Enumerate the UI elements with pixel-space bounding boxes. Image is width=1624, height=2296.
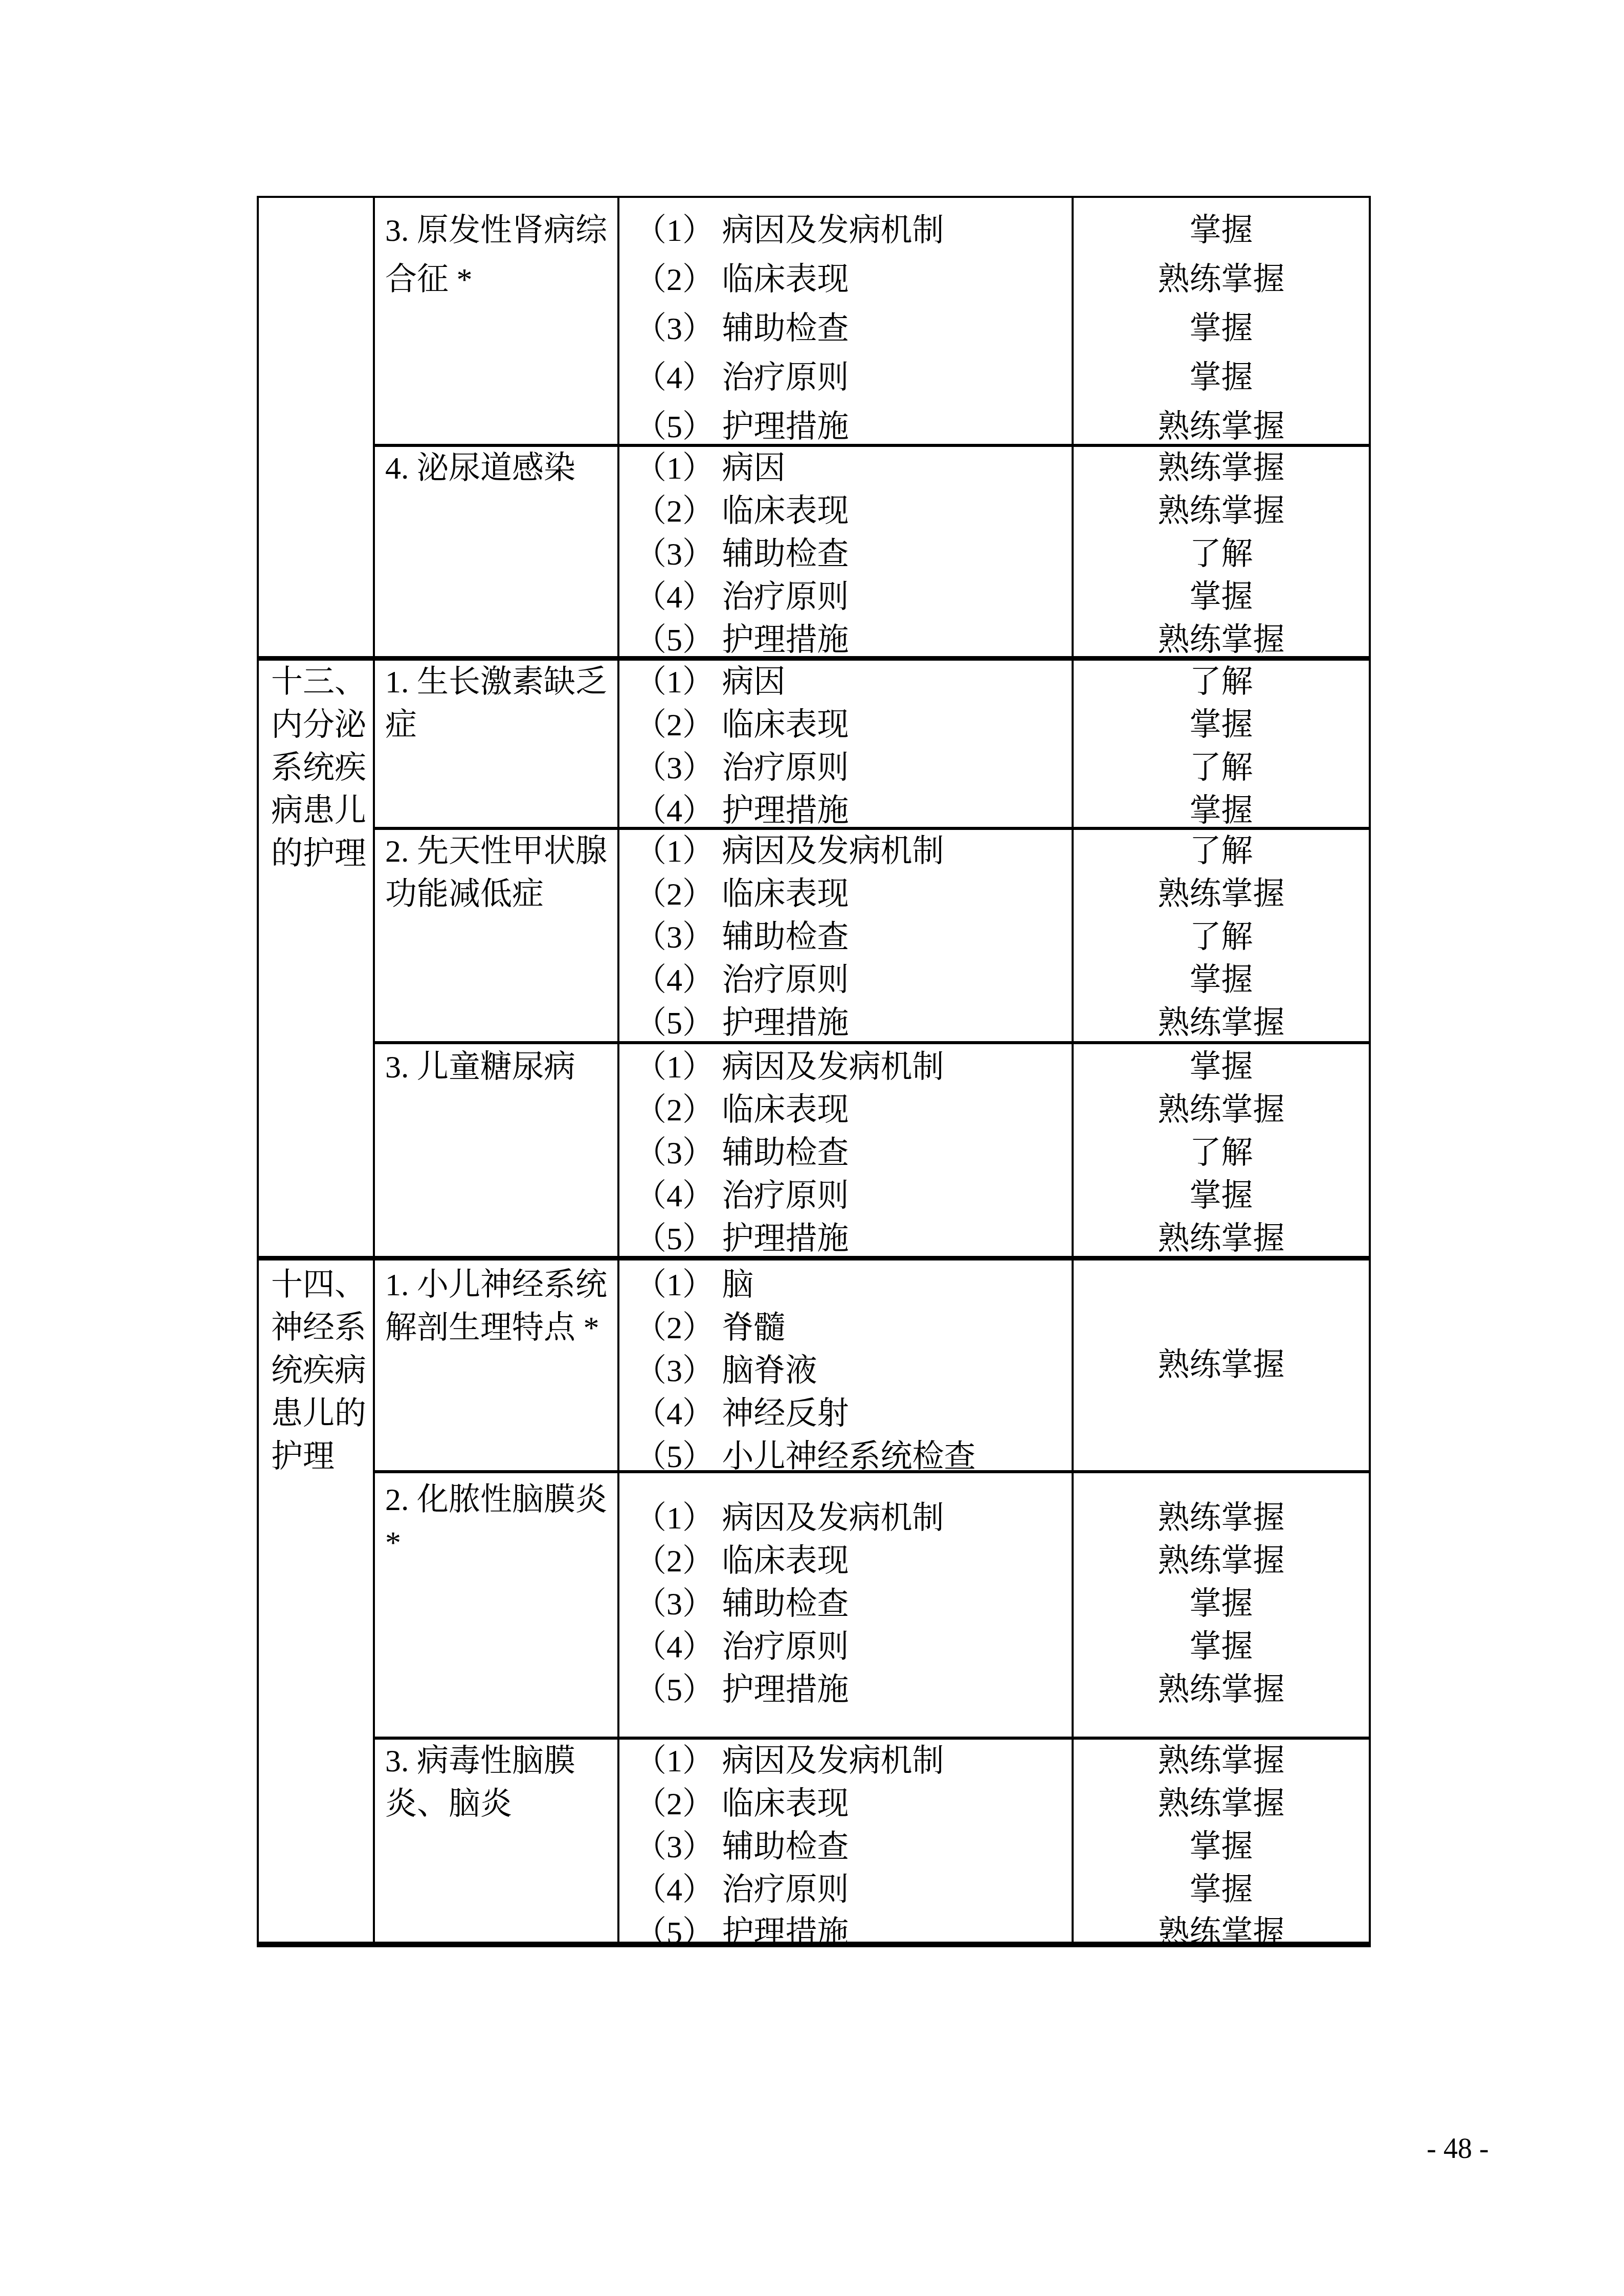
level-value: 熟练掌握 [1074, 1669, 1369, 1712]
sub-item-text: （3） 脑脊液 [635, 1349, 1072, 1392]
sub-item-text: （5） 护理措施 [635, 1218, 1072, 1260]
sub-item-text: （3） 辅助检查 [635, 304, 1072, 353]
level-value: 了解 [1074, 661, 1369, 704]
level-value: 熟练掌握 [1074, 1783, 1369, 1826]
levels-cell: 熟练掌握熟练掌握掌握掌握熟练掌握 [1074, 1740, 1369, 1942]
sub-item-text: （4） 治疗原则 [635, 1175, 1072, 1218]
level-value: 了解 [1074, 916, 1369, 959]
level-value: 熟练掌握 [1074, 1540, 1369, 1583]
level-value: 掌握 [1074, 704, 1369, 747]
subitems-cell: （1） 病因及发病机制（2） 临床表现（3） 辅助检查（4） 治疗原则（5） 护… [619, 198, 1072, 444]
merged-level-cell: 熟练掌握 [1074, 1260, 1369, 1470]
topic-cell: 3. 儿童糖尿病 [375, 1046, 617, 1256]
level-value: 熟练掌握 [1074, 1740, 1369, 1783]
sub-item-text: （2） 临床表现 [635, 255, 1072, 304]
sub-item-text: （5） 护理措施 [635, 1669, 1072, 1712]
levels-cell: 了解熟练掌握了解掌握熟练掌握 [1074, 830, 1369, 1041]
levels-cell: 掌握熟练掌握掌握掌握熟练掌握 [1074, 198, 1369, 444]
levels-cell: 熟练掌握熟练掌握了解掌握熟练掌握 [1074, 447, 1369, 656]
level-value: 掌握 [1074, 959, 1369, 1002]
level-value: 掌握 [1074, 1175, 1369, 1218]
sub-item-text: （4） 治疗原则 [635, 1869, 1072, 1911]
sub-item-text: （5） 护理措施 [635, 619, 1072, 662]
level-value: 熟练掌握 [1074, 402, 1369, 452]
subitems-cell: （1） 病因（2） 临床表现（3） 辅助检查（4） 治疗原则（5） 护理措施 [619, 447, 1072, 656]
level-value: 掌握 [1074, 576, 1369, 619]
document-page: 十三、内分泌系统疾病患儿的护理 十四、神经系统疾病患儿的护理 3. 原发性肾病综… [0, 0, 1624, 2296]
subitems-cell: （1） 病因及发病机制（2） 临床表现（3） 辅助检查（4） 治疗原则（5） 护… [619, 830, 1072, 1041]
subitems-cell: （1） 脑（2） 脊髓（3） 脑脊液（4） 神经反射（5） 小儿神经系统检查 [619, 1260, 1072, 1470]
level-value: 熟练掌握 [1074, 490, 1369, 533]
topic-cell: 2. 化脓性脑膜炎 * [375, 1473, 617, 1737]
level-value: 掌握 [1074, 1826, 1369, 1869]
level-value: 熟练掌握 [1074, 1218, 1369, 1260]
sub-item-text: （1） 病因及发病机制 [635, 1046, 1072, 1089]
category-cell-continued [259, 198, 373, 656]
level-value: 掌握 [1074, 353, 1369, 402]
sub-item-text: （4） 神经反射 [635, 1392, 1072, 1435]
level-value: 掌握 [1074, 206, 1369, 255]
sub-item-text: （1） 病因及发病机制 [635, 830, 1072, 873]
level-value: 熟练掌握 [1074, 255, 1369, 304]
levels-cell: 了解掌握了解掌握 [1074, 661, 1369, 827]
sub-item-text: （1） 脑 [635, 1264, 1072, 1307]
sub-item-text: （3） 辅助检查 [635, 1583, 1072, 1626]
sub-item-text: （5） 护理措施 [635, 1911, 1072, 1954]
subitems-cell: （1） 病因及发病机制（2） 临床表现（3） 辅助检查（4） 治疗原则（5） 护… [619, 1473, 1072, 1737]
subitems-cell: （1） 病因及发病机制（2） 临床表现（3） 辅助检查（4） 治疗原则（5） 护… [619, 1046, 1072, 1256]
category-cell-nervous: 十四、神经系统疾病患儿的护理 [259, 1260, 373, 1942]
topic-cell: 1. 生长激素缺乏症 [375, 661, 617, 827]
level-value: 熟练掌握 [1074, 619, 1369, 662]
sub-item-text: （2） 临床表现 [635, 1783, 1072, 1826]
sub-item-text: （1） 病因 [635, 661, 1072, 704]
levels-cell: 掌握熟练掌握了解掌握熟练掌握 [1074, 1046, 1369, 1256]
page-number: - 48 - [1381, 2133, 1534, 2164]
sub-item-text: （2） 临床表现 [635, 873, 1072, 916]
level-value: 熟练掌握 [1074, 1089, 1369, 1132]
topic-cell: 3. 原发性肾病综合征 * [375, 198, 617, 444]
level-value: 熟练掌握 [1074, 447, 1369, 490]
topic-cell: 3. 病毒性脑膜炎、脑炎 [375, 1740, 617, 1942]
sub-item-text: （4） 治疗原则 [635, 576, 1072, 619]
level-value: 掌握 [1074, 1046, 1369, 1089]
level-value: 掌握 [1074, 1626, 1369, 1669]
curriculum-table: 十三、内分泌系统疾病患儿的护理 十四、神经系统疾病患儿的护理 3. 原发性肾病综… [257, 196, 1371, 1947]
sub-item-text: （4） 护理措施 [635, 790, 1072, 832]
level-value: 掌握 [1074, 304, 1369, 353]
level-value: 了解 [1074, 1132, 1369, 1175]
sub-item-text: （4） 治疗原则 [635, 959, 1072, 1002]
sub-item-text: （1） 病因 [635, 447, 1072, 490]
sub-item-text: （3） 辅助检查 [635, 1826, 1072, 1869]
level-value: 了解 [1074, 533, 1369, 576]
sub-item-text: （5） 护理措施 [635, 402, 1072, 452]
level-value: 熟练掌握 [1074, 1002, 1369, 1045]
sub-item-text: （2） 临床表现 [635, 704, 1072, 747]
sub-item-text: （2） 临床表现 [635, 490, 1072, 533]
sub-item-text: （1） 病因及发病机制 [635, 206, 1072, 255]
level-value: 了解 [1074, 830, 1369, 873]
levels-cell: 熟练掌握熟练掌握掌握掌握熟练掌握 [1074, 1473, 1369, 1737]
sub-item-text: （5） 小儿神经系统检查 [635, 1435, 1072, 1478]
sub-item-text: （2） 脊髓 [635, 1307, 1072, 1349]
topic-cell: 1. 小儿神经系统解剖生理特点 * [375, 1260, 617, 1470]
sub-item-text: （5） 护理措施 [635, 1002, 1072, 1045]
sub-item-text: （1） 病因及发病机制 [635, 1740, 1072, 1783]
sub-item-text: （2） 临床表现 [635, 1540, 1072, 1583]
level-value: 熟练掌握 [1074, 1911, 1369, 1954]
category-cell-endocrine: 十三、内分泌系统疾病患儿的护理 [259, 661, 373, 1256]
subitems-cell: （1） 病因（2） 临床表现（3） 治疗原则（4） 护理措施 [619, 661, 1072, 827]
sub-item-text: （4） 治疗原则 [635, 1626, 1072, 1669]
level-value: 了解 [1074, 747, 1369, 790]
sub-item-text: （3） 辅助检查 [635, 1132, 1072, 1175]
level-value: 掌握 [1074, 1583, 1369, 1626]
level-value: 掌握 [1074, 790, 1369, 832]
sub-item-text: （1） 病因及发病机制 [635, 1497, 1072, 1540]
sub-item-text: （2） 临床表现 [635, 1089, 1072, 1132]
level-value: 熟练掌握 [1074, 873, 1369, 916]
topic-cell: 2. 先天性甲状腺功能减低症 [375, 830, 617, 1041]
level-value: 掌握 [1074, 1869, 1369, 1911]
sub-item-text: （3） 辅助检查 [635, 916, 1072, 959]
level-value: 熟练掌握 [1074, 1497, 1369, 1540]
subitems-cell: （1） 病因及发病机制（2） 临床表现（3） 辅助检查（4） 治疗原则（5） 护… [619, 1740, 1072, 1942]
sub-item-text: （3） 辅助检查 [635, 533, 1072, 576]
topic-cell: 4. 泌尿道感染 [375, 447, 617, 656]
sub-item-text: （3） 治疗原则 [635, 747, 1072, 790]
sub-item-text: （4） 治疗原则 [635, 353, 1072, 402]
